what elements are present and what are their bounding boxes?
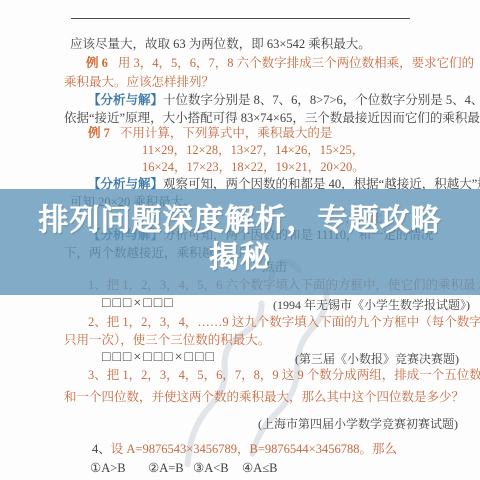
- problem-2-text-cont: 只用一次），使三个三位数的积最大。: [64, 333, 270, 348]
- problem-4-option-4: ④A≤B: [242, 461, 277, 476]
- banner-title: 排列问题深度解析，专题攻略 揭秘: [0, 202, 480, 276]
- page: 应该尽量大，故取 63 为两位数，即 63×542 乘积最大。 例 6用 3，4…: [0, 0, 480, 480]
- problem-1-boxes: □□□×□□□: [102, 296, 175, 313]
- title-banner: 排列问题深度解析，专题攻略 揭秘: [0, 189, 480, 295]
- example-6-label: 例 6: [86, 56, 108, 70]
- solution-6-text-cont: 依据“接近”原理，大小搭配可得 83×74×65，三个数最接近因而它们的乘积最大…: [64, 111, 480, 126]
- example-7-text: 不用计算，下列算式中，乘积最大的是: [120, 126, 333, 140]
- top-rule: [71, 18, 410, 19]
- problem-1-source: (1994 年无锡市《小学生数学报试题》): [273, 298, 470, 312]
- solution-6-label: 【分析与解】: [88, 93, 163, 107]
- solution-6-line: 【分析与解】十位数字分别是 8、7、6，8>7>6，个位数字分别是 5、4、3，…: [88, 93, 480, 108]
- problem-4-number: 4、: [92, 442, 111, 456]
- series-line-2: 16×24，17×23，18×22，19×21，20×20。: [142, 160, 365, 175]
- example-6-line: 例 6用 3，4，5，6，7，8 六个数字排成三个两位数相乘，要求它们的: [86, 56, 474, 71]
- problem-4-option-2: ②A=B: [148, 461, 184, 476]
- banner-title-line-1: 排列问题深度解析，专题攻略: [0, 202, 480, 239]
- problem-3-text: 3、把 1，2，3，4，5，6，7，8，9 这 9 个数分成两组，排成一个五位数: [88, 368, 480, 383]
- series-line-1: 11×29，12×28，13×27，14×26，15×25，: [142, 143, 364, 158]
- problem-3-source: (上海市第四届小学数学竞赛初赛试题): [258, 417, 458, 431]
- problem-3-text-cont: 和一个四位数，并使这两个数的乘积最大，那么其中这个四位数是多少？: [64, 390, 464, 405]
- problem-4-option-1: ①A>B: [90, 461, 126, 476]
- example-6-text-cont: 乘积最大。应该怎样排列？: [64, 75, 214, 90]
- problem-2-source: (第三届《小数报》竞赛决赛题): [295, 352, 459, 366]
- intro-line: 应该尽量大，故取 63 为两位数，即 63×542 乘积最大。: [70, 37, 371, 52]
- banner-title-line-2: 揭秘: [0, 239, 480, 276]
- problem-4-line: 4、设 A=9876543×3456789，B=9876544×3456788。…: [92, 442, 397, 457]
- example-6-text: 用 3，4，5，6，7，8 六个数字排成三个两位数相乘，要求它们的: [118, 56, 474, 70]
- problem-4-text: 设 A=9876543×3456789，B=9876544×3456788。那么: [111, 442, 397, 456]
- solution-6-text: 十位数字分别是 8、7、6，8>7>6，个位数字分别是 5、4、3，5>4>3，: [163, 93, 480, 107]
- example-7-label: 例 7: [88, 126, 110, 140]
- problem-2-boxes: □□□×□□□×□□□: [102, 350, 216, 367]
- problem-2-text: 2、把 1，2，3，4，……9 这九个数字填入下面的九个方框中（每个数字: [88, 315, 480, 330]
- example-7-line: 例 7不用计算，下列算式中，乘积最大的是: [88, 126, 332, 141]
- problem-4-option-3: ③A<B: [193, 461, 229, 476]
